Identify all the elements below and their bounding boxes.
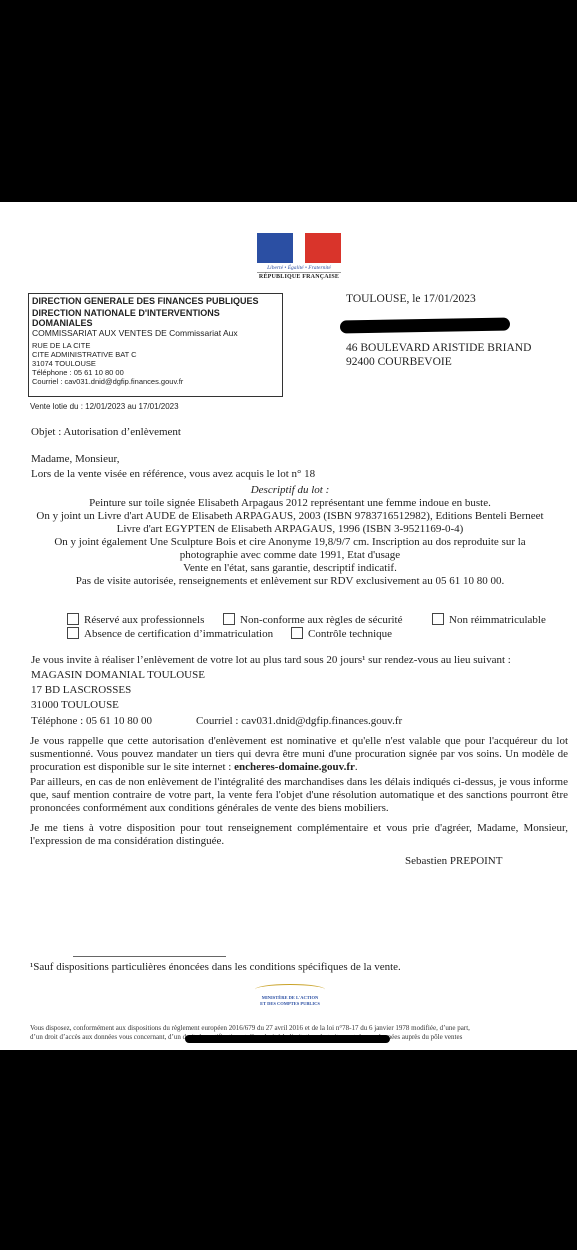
logo-republic: RÉPUBLIQUE FRANÇAISE [257,272,341,280]
sender-address2: CITE ADMINISTRATIVE BAT C [32,350,279,359]
intro: Lors de la vente visée en référence, vou… [31,468,315,481]
pickup-street: 17 BD LASCROSSES [31,684,131,697]
lot-line: On y joint un Livre d'art AUDE de Elisab… [20,510,560,523]
paragraph-nominative: Je vous rappelle que cette autorisation … [30,735,568,774]
sender-block: DIRECTION GENERALE DES FINANCES PUBLIQUE… [28,293,283,397]
ministry-logo: MINISTÈRE DE L'ACTION ET DES COMPTES PUB… [245,984,335,1007]
signature: Sebastien PREPOINT [405,855,502,868]
paragraph-resolution: Par ailleurs, en cas de non enlèvement d… [30,776,568,815]
sender-phone: Téléphone : 05 61 10 80 00 [32,368,279,377]
pickup-name: MAGASIN DOMANIAL TOULOUSE [31,669,205,682]
pickup-phone: Téléphone : 05 61 10 80 00 [31,715,152,728]
pickup-intro: Je vous invite à réaliser l’enlèvement d… [31,654,511,667]
paragraph-closing: Je me tiens à votre disposition pour tou… [30,822,568,848]
letter-page: Liberté • Égalité • Fraternité RÉPUBLIQU… [0,202,577,1050]
checkbox-non-reimmatriculable[interactable]: Non réimmatriculable [432,613,546,626]
sender-address3: 31074 TOULOUSE [32,359,279,368]
lot-line: Peinture sur toile signée Elisabeth Arpa… [20,497,560,510]
place-date: TOULOUSE, le 17/01/2023 [346,293,476,305]
lot-line: Pas de visite autorisée, renseignements … [20,575,560,588]
sender-address1: RUE DE LA CITE [32,341,279,350]
ministry-arc-icon [255,984,325,995]
checkbox-icon[interactable] [67,627,79,639]
redaction-mark [185,1035,390,1043]
lot-line: Vente en l'état, sans garantie, descript… [20,562,560,575]
redaction-mark [340,318,510,334]
checkbox-controle-technique[interactable]: Contrôle technique [291,627,392,640]
sender-line4: COMMISSARIAT AUX VENTES DE Commissariat … [32,328,279,338]
sender-line1: DIRECTION GENERALE DES FINANCES PUBLIQUE… [32,296,279,306]
checkbox-absence-certification[interactable]: Absence de certification d’immatriculati… [67,627,273,640]
checkbox-non-conforme[interactable]: Non-conforme aux règles de sécurité [223,613,403,626]
recipient-address1: 46 BOULEVARD ARISTIDE BRIAND [346,342,531,354]
checkbox-icon[interactable] [67,613,79,625]
footnote-divider [73,956,226,957]
footnote: ¹Sauf dispositions particulières énoncée… [30,961,401,974]
logo-motto: Liberté • Égalité • Fraternité [257,265,341,271]
checkbox-icon[interactable] [432,613,444,625]
pickup-email: Courriel : cav031.dnid@dgfip.finances.go… [196,715,402,728]
pickup-city: 31000 TOULOUSE [31,699,119,712]
republique-francaise-logo: Liberté • Égalité • Fraternité RÉPUBLIQU… [257,233,341,280]
checkbox-icon[interactable] [223,613,235,625]
greeting: Madame, Monsieur, [31,453,119,466]
checkbox-reserve-pro[interactable]: Réservé aux professionnels [67,613,204,626]
lot-line: On y joint également Une Sculpture Bois … [20,536,560,549]
website-link[interactable]: encheres-domaine.gouv.fr [234,761,355,773]
lot-line: Livre d'art EGYPTEN de Elisabeth ARPAGAU… [20,523,560,536]
marianne-logo-icon [257,233,341,263]
sender-line3: DOMANIALES [32,318,279,328]
sender-email: Courriel : cav031.dnid@dgfip.finances.go… [32,377,279,386]
sale-period: Vente lotie du : 12/01/2023 au 17/01/202… [30,402,179,411]
subject: Objet : Autorisation d’enlèvement [31,426,181,439]
checkbox-icon[interactable] [291,627,303,639]
sender-line2: DIRECTION NATIONALE D'INTERVENTIONS [32,308,279,318]
lot-line: photographie avec comme date 1991, Etat … [20,549,560,562]
lot-title: Descriptif du lot : [20,484,560,497]
recipient-address2: 92400 COURBEVOIE [346,356,452,368]
